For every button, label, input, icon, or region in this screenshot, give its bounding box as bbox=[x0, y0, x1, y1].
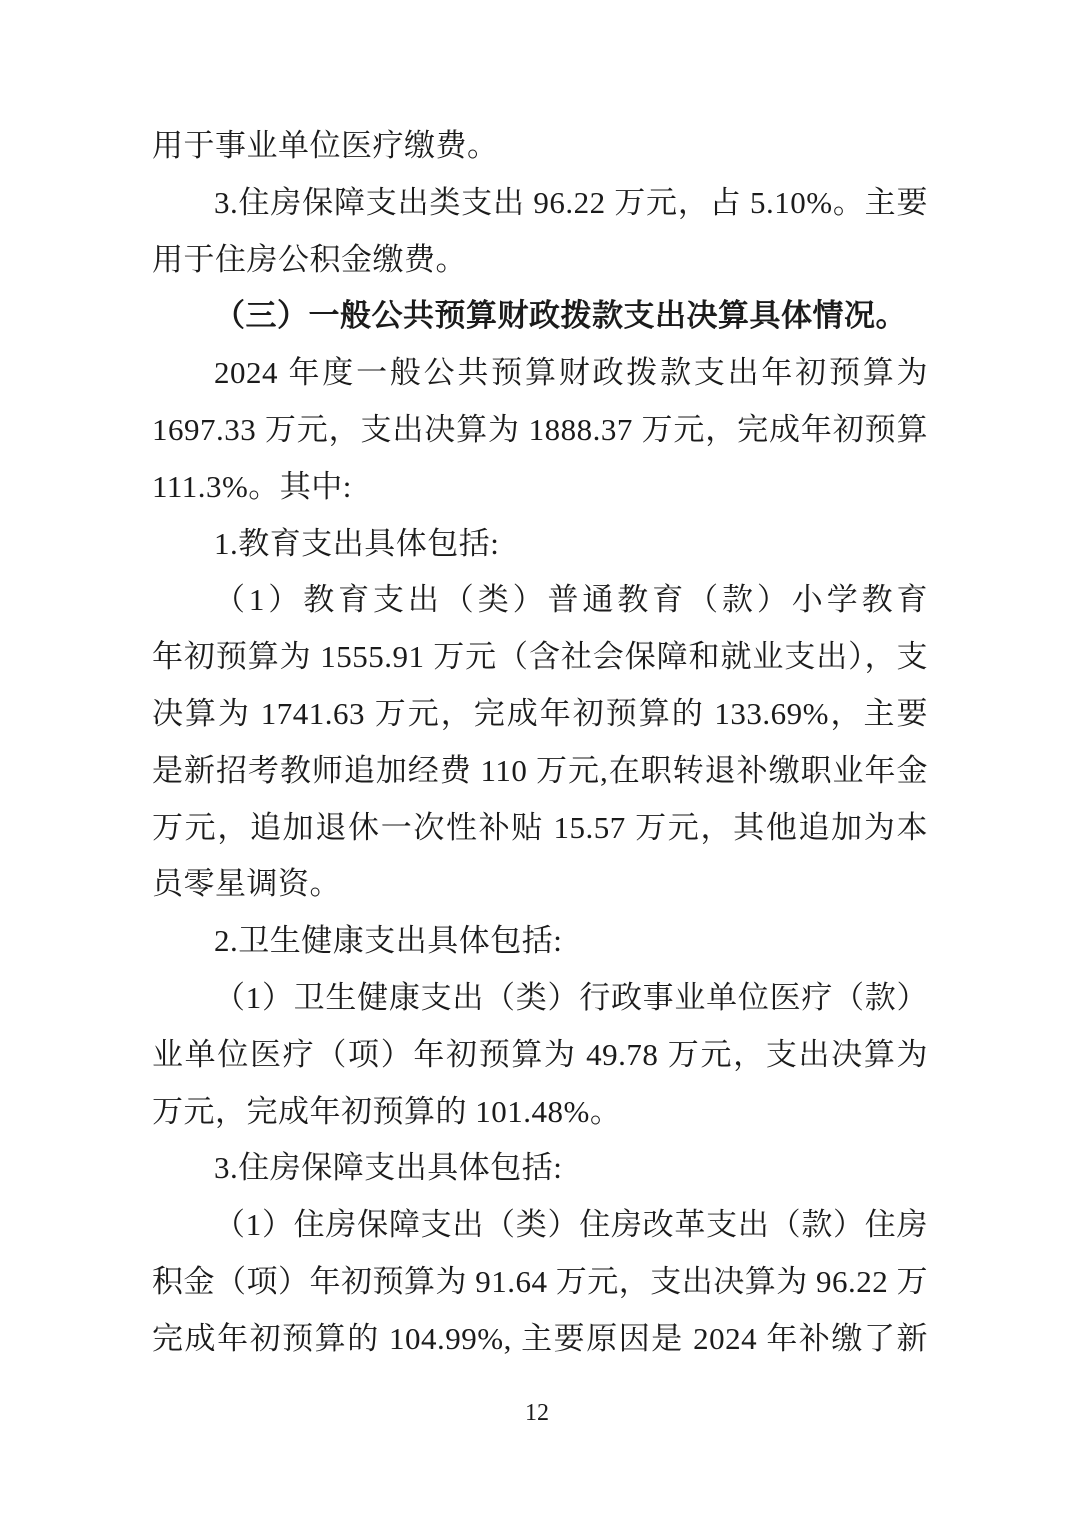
text-line: 员零星调资。 bbox=[152, 856, 928, 913]
text-line: 决算为 1741.63 万元，完成年初预算的 133.69%，主要原因 bbox=[152, 686, 928, 743]
document-page: 用于事业单位医疗缴费。3.住房保障支出类支出 96.22 万元，占 5.10%。… bbox=[0, 0, 1074, 1520]
text-line: 1.教育支出具体包括: bbox=[152, 516, 928, 573]
text-line: 是新招考教师追加经费 110 万元,在职转退补缴职业年金 30 bbox=[152, 743, 928, 800]
text-block: 用于事业单位医疗缴费。3.住房保障支出类支出 96.22 万元，占 5.10%。… bbox=[152, 118, 928, 1368]
text-line: （1）卫生健康支出（类）行政事业单位医疗（款）事 bbox=[152, 970, 928, 1027]
text-line: 2.卫生健康支出具体包括: bbox=[152, 913, 928, 970]
text-line: （1）住房保障支出（类）住房改革支出（款）住房公 bbox=[152, 1197, 928, 1254]
text-line: 用于事业单位医疗缴费。 bbox=[152, 118, 928, 175]
text-line: 完成年初预算的 104.99%, 主要原因是 2024 年补缴了新招考 bbox=[152, 1311, 928, 1368]
text-line: 业单位医疗（项）年初预算为 49.78 万元，支出决算为 50.52 bbox=[152, 1027, 928, 1084]
text-line: 1697.33 万元，支出决算为 1888.37 万元，完成年初预算的 bbox=[152, 402, 928, 459]
text-line: 万元，追加退休一次性补贴 15.57 万元，其他追加为本年人 bbox=[152, 800, 928, 857]
section-heading: （三）一般公共预算财政拨款支出决算具体情况。 bbox=[152, 288, 928, 345]
text-line: （1）教育支出（类）普通教育（款）小学教育（项） bbox=[152, 572, 928, 629]
text-line: 3.住房保障支出具体包括: bbox=[152, 1140, 928, 1197]
text-line: 积金（项）年初预算为 91.64 万元，支出决算为 96.22 万元， bbox=[152, 1254, 928, 1311]
text-line: 万元，完成年初预算的 101.48%。 bbox=[152, 1084, 928, 1141]
text-line: 3.住房保障支出类支出 96.22 万元，占 5.10%。主要是 bbox=[152, 175, 928, 232]
text-line: 2024 年度一般公共预算财政拨款支出年初预算为 bbox=[152, 345, 928, 402]
text-line: 用于住房公积金缴费。 bbox=[152, 232, 928, 289]
page-number: 12 bbox=[0, 1398, 1074, 1428]
text-line: 111.3%。其中: bbox=[152, 459, 928, 516]
text-line: 年初预算为 1555.91 万元（含社会保障和就业支出），支出 bbox=[152, 629, 928, 686]
